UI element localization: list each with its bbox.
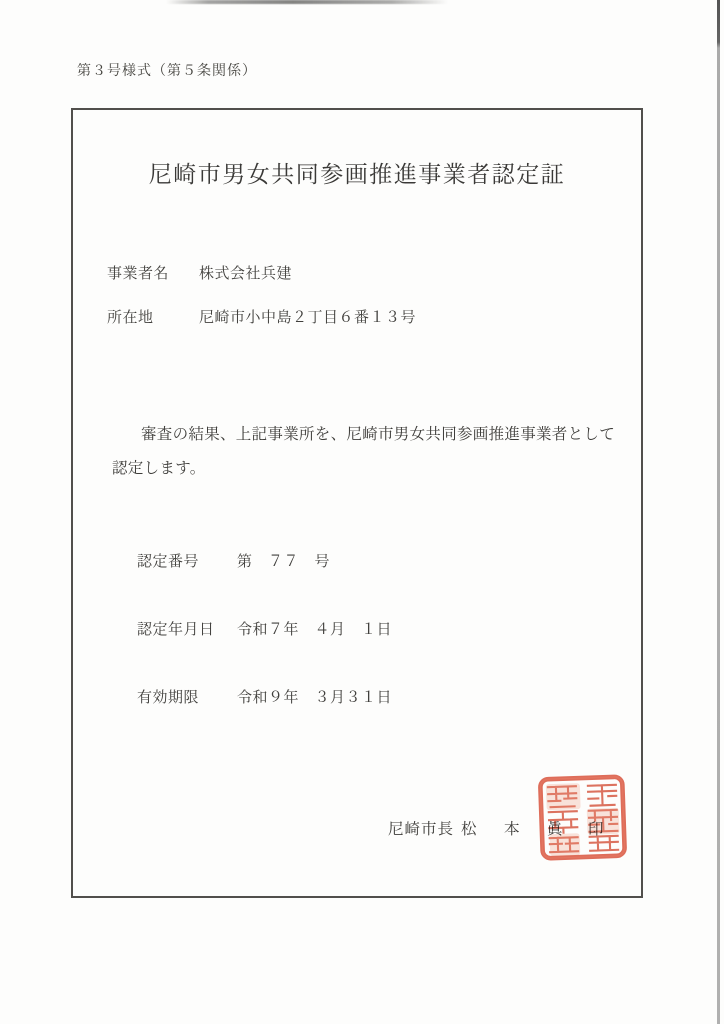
- certification-date-row: 認定年月日 令和７年 ４月 １日: [0, 618, 724, 640]
- expiry-date-row: 有効期限 令和９年 ３月３１日: [0, 686, 724, 708]
- certification-number-row: 認定番号 第 ７７ 号: [0, 550, 724, 572]
- business-name-row: 事業者名 株式会社兵建: [0, 262, 724, 284]
- address-label: 所在地: [107, 306, 154, 327]
- certification-number-label: 認定番号: [137, 550, 199, 571]
- scan-artifact-right-edge: [717, 0, 720, 1024]
- form-number: 第３号様式（第５条関係）: [77, 60, 257, 80]
- address-row: 所在地 尼崎市小中島２丁目６番１３号: [0, 306, 724, 328]
- scanned-certificate-page: 第３号様式（第５条関係） 尼崎市男女共同参画推進事業者認定証 事業者名 株式会社…: [0, 0, 724, 1024]
- certificate-title: 尼崎市男女共同参画推進事業者認定証: [73, 156, 641, 189]
- expiry-date-label: 有効期限: [137, 686, 199, 707]
- expiry-date-value: 令和９年 ３月３１日: [237, 686, 392, 707]
- statement-line-2: 認定します。: [112, 452, 616, 486]
- certification-statement: 審査の結果、上記事業所を、尼崎市男女共同参画推進事業者として 認定します。: [112, 418, 616, 485]
- address-value: 尼崎市小中島２丁目６番１３号: [199, 306, 416, 327]
- mayor-seal-stamp: [535, 771, 630, 864]
- business-name-value: 株式会社兵建: [199, 262, 292, 283]
- certification-date-label: 認定年月日: [137, 618, 215, 639]
- business-name-label: 事業者名: [107, 262, 169, 283]
- mayor-title: 尼崎市長: [388, 817, 454, 839]
- certification-number-value: 第 ７７ 号: [237, 550, 330, 571]
- scan-artifact-top: [166, 0, 448, 4]
- mayor-seal-graphic: [535, 771, 630, 864]
- statement-line-1: 審査の結果、上記事業所を、尼崎市男女共同参画推進事業者として: [112, 418, 616, 452]
- certification-date-value: 令和７年 ４月 １日: [237, 618, 392, 639]
